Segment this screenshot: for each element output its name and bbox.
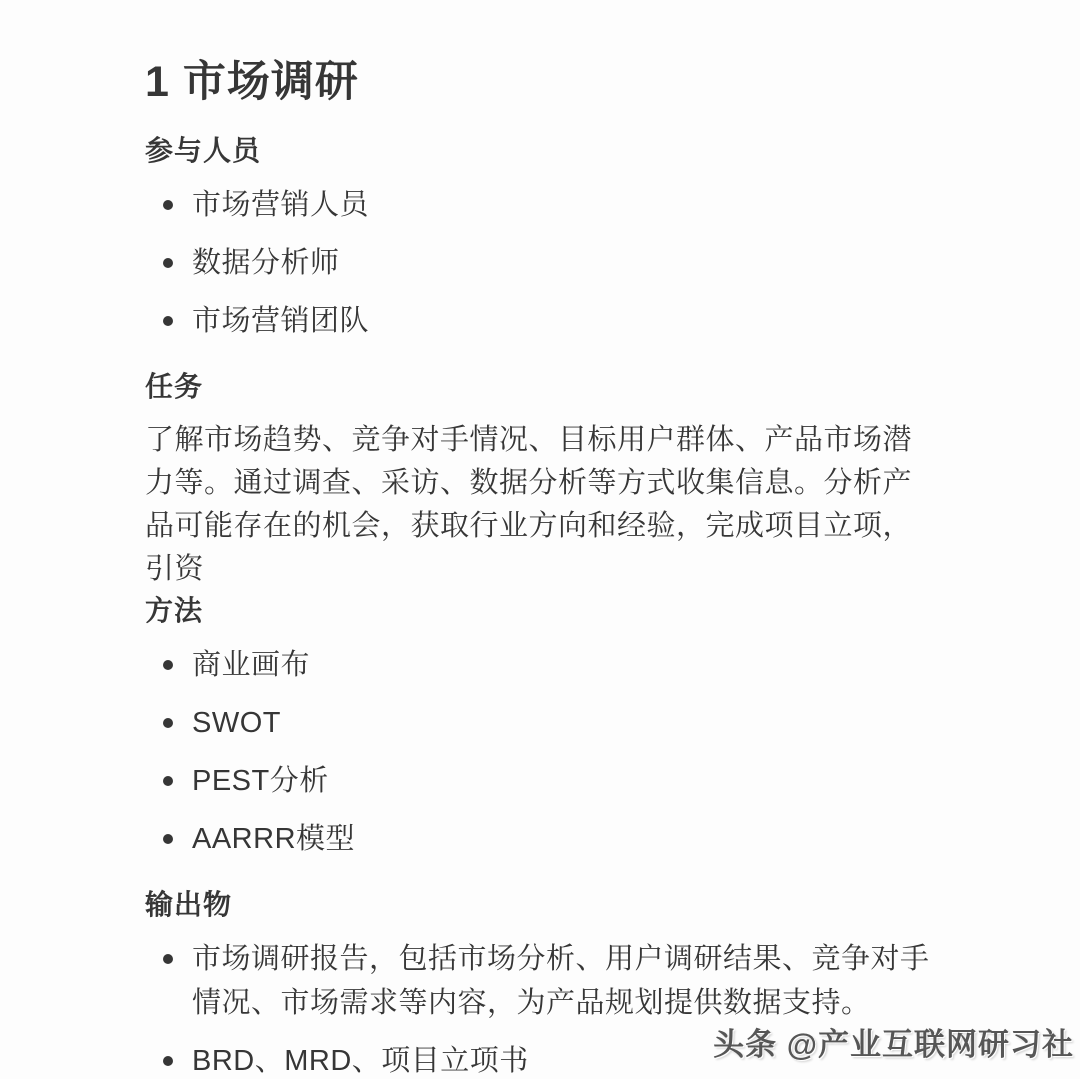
section-heading-participants: 参与人员 [145, 133, 935, 169]
bullet-icon [163, 258, 173, 268]
tasks-paragraph: 了解市场趋势、竞争对手情况、目标用户群体、产品市场潜力等。通过调查、采访、数据分… [145, 419, 935, 591]
list-item-text: SWOT [192, 701, 935, 745]
document-page: 1 市场调研 参与人员 市场营销人员 数据分析师 市场营销团队 任务 了解市场趋… [0, 0, 1080, 1079]
bullet-icon [163, 316, 173, 326]
bullet-icon [163, 954, 173, 964]
list-item-text: 市场营销人员 [192, 183, 935, 227]
list-item: AARRR模型 [145, 817, 935, 861]
section-heading-tasks: 任务 [145, 369, 935, 405]
section-participants: 参与人员 市场营销人员 数据分析师 市场营销团队 [145, 133, 935, 343]
list-item: PEST分析 [145, 759, 935, 803]
bullet-icon [163, 1056, 173, 1066]
list-item-text: 数据分析师 [192, 241, 935, 285]
bullet-icon [163, 660, 173, 670]
bullet-icon [163, 834, 173, 844]
list-item: 数据分析师 [145, 241, 935, 285]
section-tasks: 任务 了解市场趋势、竞争对手情况、目标用户群体、产品市场潜力等。通过调查、采访、… [145, 369, 935, 591]
list-item-text: AARRR模型 [192, 817, 935, 861]
bullet-icon [163, 718, 173, 728]
section-methods: 方法 商业画布 SWOT PEST分析 AARRR模型 [145, 593, 935, 861]
list-item: SWOT [145, 701, 935, 745]
list-item: 市场调研报告，包括市场分析、用户调研结果、竞争对手情况、市场需求等内容，为产品规… [145, 937, 935, 1025]
list-item-text: 市场调研报告，包括市场分析、用户调研结果、竞争对手情况、市场需求等内容，为产品规… [192, 937, 935, 1025]
participants-list: 市场营销人员 数据分析师 市场营销团队 [145, 183, 935, 343]
bullet-icon [163, 776, 173, 786]
list-item-text: 商业画布 [192, 643, 935, 687]
section-heading-outputs: 输出物 [145, 887, 935, 923]
list-item: 市场营销人员 [145, 183, 935, 227]
watermark: 头条 @产业互联网研习社 [713, 1019, 1074, 1064]
bullet-icon [163, 200, 173, 210]
list-item-text: PEST分析 [192, 759, 935, 803]
list-item: 商业画布 [145, 643, 935, 687]
page-title: 1 市场调研 [145, 58, 935, 107]
list-item: 市场营销团队 [145, 299, 935, 343]
section-heading-methods: 方法 [145, 593, 935, 629]
list-item-text: 市场营销团队 [192, 299, 935, 343]
methods-list: 商业画布 SWOT PEST分析 AARRR模型 [145, 643, 935, 861]
